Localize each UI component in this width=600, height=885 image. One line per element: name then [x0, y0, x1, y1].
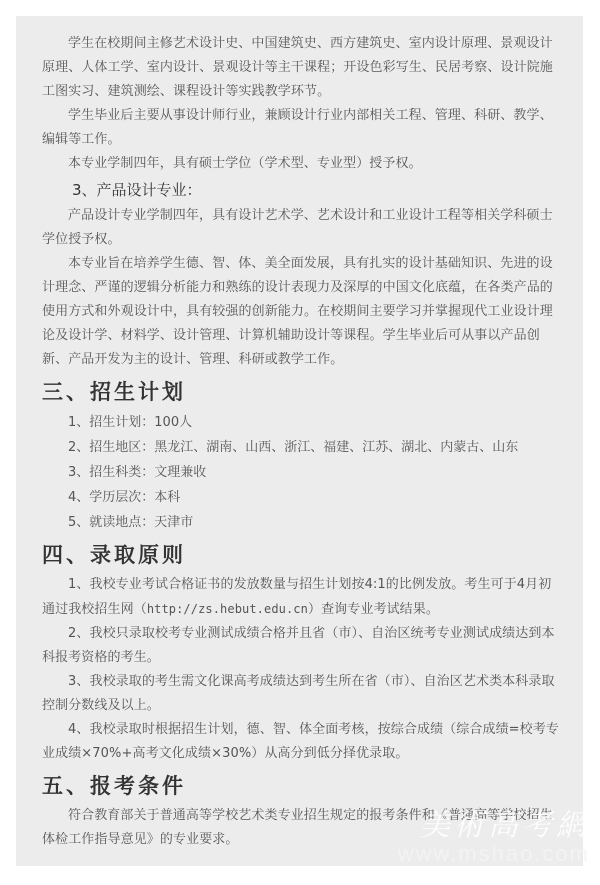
paragraph-principle-4: 4、我校录取时根据招生计划，德、智、体全面考核，按综合成绩（综合成绩=校考专业成… — [42, 718, 562, 766]
subheading-product-design: 3、产品设计专业： — [42, 176, 562, 204]
watermark-url: www.mshao.com — [398, 843, 590, 865]
list-item-subject-type: 3、招生科类：文理兼收 — [42, 460, 562, 485]
paragraph-product-degree: 产品设计专业学制四年，具有设计艺术学、艺术设计和工业设计工程等相关学科硕士学位授… — [42, 204, 562, 252]
list-item-quota: 1、招生计划：100人 — [42, 410, 562, 435]
document-content: 学生在校期间主修艺术设计史、中国建筑史、西方建筑史、室内设计原理、景观设计原理、… — [42, 32, 562, 852]
paragraph-principle-1: 1、我校专业考试合格证书的发放数量与招生计划按4:1的比例发放。考生可于4月初通… — [42, 573, 562, 622]
list-item-regions: 2、招生地区：黑龙江、湖南、山西、浙江、福建、江苏、湖北、内蒙古、山东 — [42, 435, 562, 460]
paragraph-product-goals: 本专业旨在培养学生德、智、体、美全面发展，具有扎实的设计基础知识、先进的设计理念… — [42, 252, 562, 372]
paragraph-degree: 本专业学制四年，具有硕士学位（学术型、专业型）授予权。 — [42, 152, 562, 176]
principle-1-text-b: ）查询专业考试结果。 — [308, 602, 439, 617]
watermark: 美術高考網 www.mshao.com — [398, 809, 590, 865]
admissions-site-link[interactable]: http://zs.hebut.edu.cn — [147, 602, 308, 616]
paragraph-courses: 学生在校期间主修艺术设计史、中国建筑史、西方建筑史、室内设计原理、景观设计原理、… — [42, 32, 562, 104]
watermark-logo-text: 美術高考網 — [398, 809, 590, 843]
section-title-admission-principles: 四、录取原则 — [42, 539, 562, 571]
section-title-requirements: 五、报考条件 — [42, 770, 562, 802]
list-item-education-level: 4、学历层次：本科 — [42, 485, 562, 510]
section-title-enrollment-plan: 三、招生计划 — [42, 376, 562, 408]
paragraph-principle-2: 2、我校只录取校考专业测试成绩合格并且省（市）、自治区统考专业测试成绩达到本科报… — [42, 622, 562, 670]
paragraph-principle-3: 3、我校录取的考生需文化课高考成绩达到考生所在省（市）、自治区艺术类本科录取控制… — [42, 670, 562, 718]
paragraph-careers: 学生毕业后主要从事设计师行业，兼顾设计行业内部相关工程、管理、科研、教学、编辑等… — [42, 104, 562, 152]
list-item-location: 5、就读地点：天津市 — [42, 510, 562, 535]
